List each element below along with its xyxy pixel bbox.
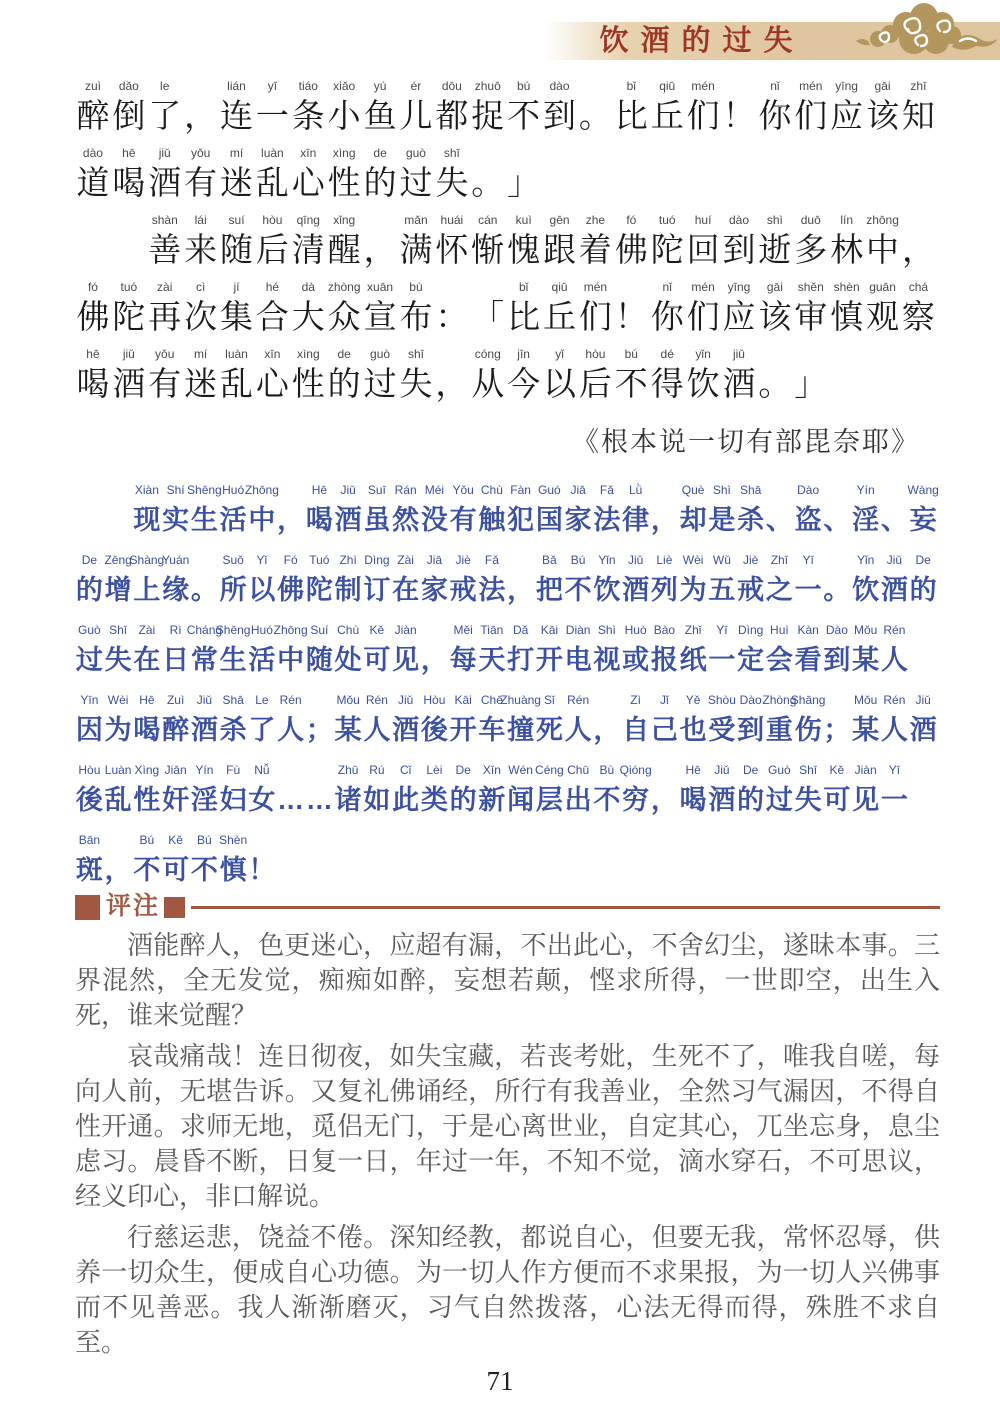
ruby-cell: Chù触 bbox=[478, 481, 507, 541]
ruby-cell: Kě可 bbox=[363, 621, 392, 681]
ruby-cell: hòu后 bbox=[577, 346, 613, 408]
ruby-cell: Shī失 bbox=[104, 621, 133, 681]
ruby-cell: dǎo倒 bbox=[111, 78, 147, 140]
ruby-cell: jīn今 bbox=[506, 346, 542, 408]
ruby-cell: 。 bbox=[190, 551, 219, 611]
ruby-cell: Jiǔ酒 bbox=[909, 691, 938, 751]
ruby-cell: 。 bbox=[577, 78, 613, 140]
ruby-cell: Tiān天 bbox=[478, 621, 507, 681]
ruby-cell: qiū丘 bbox=[649, 78, 685, 140]
ruby-cell: ， bbox=[362, 212, 398, 274]
ruby-cell: Hòu後 bbox=[420, 691, 449, 751]
ruby-cell: Shī失 bbox=[794, 761, 823, 821]
ruby-line: dào道hē喝jiǔ酒yǒu有mí迷luàn乱xīn心xìng性de的guò过s… bbox=[75, 145, 938, 207]
ruby-cell: xuān宣 bbox=[362, 279, 398, 341]
ruby-cell: Cháng常 bbox=[190, 621, 219, 681]
ruby-line: Xiàn现Shí实Shēng生Huó活Zhōng中 ，Hē喝Jiǔ酒Suī虽Rá… bbox=[75, 481, 938, 541]
commentary-paragraph: 哀哉痛哉！连日彻夜，如失宝藏，若丧考妣，生死不了，唯我自嗟，每向人前，无堪告诉。… bbox=[75, 1039, 940, 1214]
ruby-cell: ！ bbox=[721, 78, 757, 140]
ruby-cell: Jiā家 bbox=[564, 481, 593, 541]
ruby-cell: shī失 bbox=[398, 346, 434, 408]
page-number: 71 bbox=[0, 1366, 1000, 1397]
ruby-cell: Jiān奸 bbox=[161, 761, 190, 821]
ruby-cell: Yǐ以 bbox=[248, 551, 277, 611]
ruby-cell: yǐn饮 bbox=[685, 346, 721, 408]
ruby-cell: yǒu有 bbox=[183, 145, 219, 207]
ruby-line: zuì醉dǎo倒le了 ，lián连yī一tiáo条xiǎo小yú鱼ér儿dōu… bbox=[75, 78, 938, 140]
ruby-cell: Huó活 bbox=[248, 621, 277, 681]
ruby-cell: lái来 bbox=[183, 212, 219, 274]
ruby-cell: xiǎo小 bbox=[326, 78, 362, 140]
ruby-cell: tuó陀 bbox=[111, 279, 147, 341]
ruby-cell: gāi该 bbox=[757, 279, 793, 341]
ruby-cell: Dào到 bbox=[823, 621, 852, 681]
ruby-cell: Fǎ法 bbox=[593, 481, 622, 541]
book-page: { "colors": { "title_red": "#9c3524", "b… bbox=[0, 0, 1000, 1417]
ruby-cell: Rén人 bbox=[564, 691, 593, 751]
ruby-cell: ， bbox=[901, 212, 937, 274]
ruby-cell: xīn心 bbox=[290, 145, 326, 207]
ruby-cell: 。 bbox=[470, 145, 506, 207]
ruby-cell: cán惭 bbox=[470, 212, 506, 274]
ruby-cell: Bú不 bbox=[190, 831, 219, 891]
ruby-cell: Hē喝 bbox=[305, 481, 334, 541]
ruby-cell: Yī一 bbox=[794, 551, 823, 611]
ruby-cell: Dào到 bbox=[736, 691, 765, 751]
ruby-cell: hé合 bbox=[254, 279, 290, 341]
ruby-cell: tiáo条 bbox=[290, 78, 326, 140]
ruby-cell: huí回 bbox=[685, 212, 721, 274]
ruby-cell: dé得 bbox=[649, 346, 685, 408]
ruby-cell: chá察 bbox=[900, 279, 936, 341]
ruby-cell: Wèi为 bbox=[104, 691, 133, 751]
ruby-cell: yīng应 bbox=[829, 78, 865, 140]
ruby-cell: guò过 bbox=[362, 346, 398, 408]
ruby-cell: dào到 bbox=[542, 78, 578, 140]
ruby-cell: ， bbox=[506, 551, 535, 611]
ruby-cell: mí迷 bbox=[219, 145, 255, 207]
ruby-cell: jiǔ酒 bbox=[111, 346, 147, 408]
ruby-cell: shèn慎 bbox=[829, 279, 865, 341]
ruby-cell: De的 bbox=[75, 551, 104, 611]
ruby-line: fó佛tuó陀zài再cì次jí集hé合dà大zhòng众xuān宣bù布 ： … bbox=[75, 279, 938, 341]
ruby-cell: hē喝 bbox=[111, 145, 147, 207]
ruby-cell: Dào盗 bbox=[794, 481, 823, 541]
ruby-cell: Lèi类 bbox=[420, 761, 449, 821]
ruby-cell: ， bbox=[183, 78, 219, 140]
ruby-cell: Dìng定 bbox=[736, 621, 765, 681]
ruby-cell: hē喝 bbox=[75, 346, 111, 408]
ruby-cell: … bbox=[305, 761, 334, 821]
ruby-line: Bān斑 ，Bú不Kě可Bú不Shèn慎 ！ bbox=[75, 831, 938, 891]
ruby-cell: Rén人 bbox=[276, 691, 305, 751]
ruby-cell: Jiǔ酒 bbox=[708, 761, 737, 821]
ruby-cell: Bào报 bbox=[650, 621, 679, 681]
section-rule bbox=[191, 906, 940, 909]
ruby-cell: duō多 bbox=[793, 212, 829, 274]
ruby-cell: de的 bbox=[326, 346, 362, 408]
scripture-citation: 《根本说一切有部毘奈耶》 bbox=[75, 420, 938, 459]
ruby-cell: Shí实 bbox=[161, 481, 190, 541]
ruby-cell: Suī虽 bbox=[363, 481, 392, 541]
ruby-cell: hòu后 bbox=[254, 212, 290, 274]
ruby-cell: Jiàn见 bbox=[851, 761, 880, 821]
commentary-header: 评注 bbox=[75, 893, 940, 921]
auspicious-cloud-icon bbox=[848, 1, 1000, 65]
ruby-cell: Yín淫 bbox=[190, 761, 219, 821]
ruby-cell: guò过 bbox=[398, 145, 434, 207]
commentary-body: 酒能醉人，色更迷心，应超有漏，不出此心，不舍幻尘，遂昧本事。三界混然，全无发觉，… bbox=[75, 928, 940, 1366]
ruby-cell: Shā杀 bbox=[219, 691, 248, 751]
ruby-cell: shì逝 bbox=[757, 212, 793, 274]
ruby-cell: 」 bbox=[793, 346, 829, 408]
section-square-icon bbox=[75, 895, 100, 920]
ruby-cell: 。 bbox=[823, 551, 852, 611]
ruby-cell: yǐ以 bbox=[542, 346, 578, 408]
ruby-cell: Yīn因 bbox=[75, 691, 104, 751]
ruby-cell: mén们 bbox=[685, 78, 721, 140]
ruby-cell: gāi该 bbox=[865, 78, 901, 140]
ruby-cell: Liè列 bbox=[650, 551, 679, 611]
ruby-cell: Yī一 bbox=[708, 621, 737, 681]
ruby-cell: nǐ你 bbox=[649, 279, 685, 341]
ruby-cell: zuì醉 bbox=[75, 78, 111, 140]
ruby-cell: Bú不 bbox=[133, 831, 162, 891]
ruby-cell: Yī一 bbox=[880, 761, 909, 821]
ruby-cell: Kě可 bbox=[161, 831, 190, 891]
ruby-cell: Kàn看 bbox=[794, 621, 823, 681]
ruby-cell: Shàng上 bbox=[133, 551, 162, 611]
ruby-cell: De的 bbox=[736, 761, 765, 821]
ruby-cell: … bbox=[276, 761, 305, 821]
ruby-cell: Wén闻 bbox=[506, 761, 535, 821]
ruby-cell: dōu都 bbox=[434, 78, 470, 140]
ruby-cell: fó佛 bbox=[75, 279, 111, 341]
ruby-cell: cóng从 bbox=[470, 346, 506, 408]
ruby-cell: De的 bbox=[909, 551, 938, 611]
ruby-cell: Rì日 bbox=[161, 621, 190, 681]
ruby-cell: Rán然 bbox=[391, 481, 420, 541]
ruby-cell: 「 bbox=[470, 279, 506, 341]
ruby-cell: zhōng中 bbox=[865, 212, 901, 274]
ruby-cell: Mǒu某 bbox=[851, 621, 880, 681]
ruby-cell: jiǔ酒 bbox=[147, 145, 183, 207]
ruby-cell: ， bbox=[650, 481, 679, 541]
ruby-cell: zhuō捉 bbox=[470, 78, 506, 140]
ruby-cell: Qióng穷 bbox=[621, 761, 650, 821]
ruby-cell: Sǐ死 bbox=[535, 691, 564, 751]
ruby-cell: Zài在 bbox=[133, 621, 162, 681]
ruby-cell: Fàn犯 bbox=[506, 481, 535, 541]
ruby-cell: yú鱼 bbox=[362, 78, 398, 140]
ruby-cell: Zhuàng撞 bbox=[506, 691, 535, 751]
ruby-cell: yīng应 bbox=[721, 279, 757, 341]
ruby-cell: Chū出 bbox=[564, 761, 593, 821]
ruby-cell: 、 bbox=[823, 481, 852, 541]
ruby-line: Guò过Shī失Zài在Rì日Cháng常Shēng生Huó活Zhōng中Suí… bbox=[75, 621, 938, 681]
ruby-cell: Jiā家 bbox=[420, 551, 449, 611]
ruby-cell: Méi没 bbox=[420, 481, 449, 541]
ruby-cell: dào道 bbox=[75, 145, 111, 207]
ruby-cell: cì次 bbox=[183, 279, 219, 341]
ruby-cell: Yuán缘 bbox=[161, 551, 190, 611]
ruby-cell: Zēng增 bbox=[104, 551, 133, 611]
ruby-cell: Bú不 bbox=[564, 551, 593, 611]
commentary-label: 评注 bbox=[106, 893, 160, 921]
ruby-cell: bǐ比 bbox=[506, 279, 542, 341]
ruby-cell: Guò过 bbox=[765, 761, 794, 821]
ruby-cell: zài再 bbox=[147, 279, 183, 341]
ruby-cell: qiū丘 bbox=[542, 279, 578, 341]
ruby-cell: Shēng生 bbox=[190, 481, 219, 541]
ruby-cell: Hē喝 bbox=[133, 691, 162, 751]
ruby-cell: ！ bbox=[248, 831, 277, 891]
ruby-cell: jí集 bbox=[219, 279, 255, 341]
ruby-cell: Hòu後 bbox=[75, 761, 104, 821]
ruby-cell: Rén人 bbox=[363, 691, 392, 751]
ruby-cell: kuì愧 bbox=[506, 212, 542, 274]
ruby-cell: Dìng订 bbox=[363, 551, 392, 611]
ruby-cell: Suǒ所 bbox=[219, 551, 248, 611]
ruby-cell: shī失 bbox=[434, 145, 470, 207]
ruby-cell: yǒu有 bbox=[147, 346, 183, 408]
ruby-cell: le了 bbox=[147, 78, 183, 140]
ruby-cell: lín林 bbox=[829, 212, 865, 274]
ruby-cell: Fó佛 bbox=[276, 551, 305, 611]
ruby-cell: qīng清 bbox=[290, 212, 326, 274]
ruby-cell: Yǐn饮 bbox=[593, 551, 622, 611]
ruby-cell: Wàng妄 bbox=[909, 481, 938, 541]
ruby-cell: Shì是 bbox=[708, 481, 737, 541]
ruby-cell: luàn乱 bbox=[254, 145, 290, 207]
ruby-cell: Guò过 bbox=[75, 621, 104, 681]
ruby-line: Hòu後Luàn乱Xìng性Jiān奸Yín淫Fù妇Nǚ女 … …Zhū诸Rú如… bbox=[75, 761, 938, 821]
ruby-cell: Huì会 bbox=[765, 621, 794, 681]
ruby-cell: Jiǔ酒 bbox=[391, 691, 420, 751]
ruby-cell: fó佛 bbox=[613, 212, 649, 274]
ruby-cell: Fù妇 bbox=[219, 761, 248, 821]
ruby-cell: Zhī之 bbox=[765, 551, 794, 611]
ruby-cell: ！ bbox=[613, 279, 649, 341]
ruby-cell: de的 bbox=[362, 145, 398, 207]
ruby-cell: Céng层 bbox=[535, 761, 564, 821]
ruby-cell: Kě可 bbox=[823, 761, 852, 821]
ruby-cell: Jiàn见 bbox=[391, 621, 420, 681]
ruby-cell: Rú如 bbox=[363, 761, 392, 821]
ruby-cell: ， bbox=[593, 691, 622, 751]
section-square-icon bbox=[164, 897, 185, 918]
ruby-line: shàn善lái来suí随hòu后qīng清xǐng醒 ，mǎn满huái怀cá… bbox=[75, 212, 938, 274]
ruby-cell: zhòng众 bbox=[326, 279, 362, 341]
ruby-cell: dà大 bbox=[290, 279, 326, 341]
ruby-line: Yīn因Wèi为Hē喝Zuì醉Jiǔ酒Shā杀Le了Rén人 ；Mǒu某Rén人… bbox=[75, 691, 938, 751]
ruby-cell: Rén人 bbox=[880, 691, 909, 751]
ruby-cell: Diàn电 bbox=[564, 621, 593, 681]
ruby-cell: tuó陀 bbox=[649, 212, 685, 274]
ruby-cell: suí随 bbox=[219, 212, 255, 274]
scripture-paragraph-1: zuì醉dǎo倒le了 ，lián连yī一tiáo条xiǎo小yú鱼ér儿dōu… bbox=[75, 78, 938, 212]
ruby-cell: Bān斑 bbox=[75, 831, 104, 891]
ruby-cell: Jiǔ酒 bbox=[621, 551, 650, 611]
ruby-cell: Huò或 bbox=[621, 621, 650, 681]
ruby-cell: Yín淫 bbox=[851, 481, 880, 541]
ruby-cell: Zhū诸 bbox=[334, 761, 363, 821]
ruby-cell: De的 bbox=[449, 761, 478, 821]
ruby-cell: bú不 bbox=[506, 78, 542, 140]
ruby-cell: nǐ你 bbox=[757, 78, 793, 140]
ruby-cell: Jiè戒 bbox=[449, 551, 478, 611]
ruby-cell: Kāi开 bbox=[449, 691, 478, 751]
ruby-cell: ； bbox=[823, 691, 852, 751]
ruby-cell: zhī知 bbox=[900, 78, 936, 140]
ruby-cell: ： bbox=[434, 279, 470, 341]
ruby-cell: Shā杀 bbox=[736, 481, 765, 541]
ruby-cell: huái怀 bbox=[434, 212, 470, 274]
ruby-cell: dào到 bbox=[721, 212, 757, 274]
ruby-cell: xìng性 bbox=[326, 145, 362, 207]
ruby-cell: zhe着 bbox=[577, 212, 613, 274]
ruby-cell: Měi每 bbox=[449, 621, 478, 681]
ruby-cell: Huó活 bbox=[219, 481, 248, 541]
ruby-cell: Shòu受 bbox=[708, 691, 737, 751]
ruby-cell: Jiǔ酒 bbox=[880, 551, 909, 611]
ruby-cell: Bǎ把 bbox=[535, 551, 564, 611]
ruby-cell: Zì自 bbox=[621, 691, 650, 751]
ruby-cell: Què却 bbox=[679, 481, 708, 541]
ruby-cell: Shì视 bbox=[593, 621, 622, 681]
ruby-cell: 。 bbox=[757, 346, 793, 408]
ruby-cell: bǐ比 bbox=[613, 78, 649, 140]
ruby-cell: Luàn乱 bbox=[104, 761, 133, 821]
ruby-cell: Suí随 bbox=[305, 621, 334, 681]
ruby-cell: Zhì制 bbox=[334, 551, 363, 611]
ruby-cell: ， bbox=[104, 831, 133, 891]
ruby-cell: mén们 bbox=[793, 78, 829, 140]
ruby-cell: ， bbox=[420, 621, 449, 681]
ruby-cell: bú不 bbox=[613, 346, 649, 408]
ruby-cell: 、 bbox=[880, 481, 909, 541]
ruby-cell: Dǎ打 bbox=[506, 621, 535, 681]
ruby-cell: Mǒu某 bbox=[851, 691, 880, 751]
ruby-cell: Cǐ此 bbox=[391, 761, 420, 821]
ruby-cell: ， bbox=[650, 761, 679, 821]
ruby-cell: Jiè戒 bbox=[736, 551, 765, 611]
ruby-cell: Xiàn现 bbox=[133, 481, 162, 541]
ruby-cell: Le了 bbox=[248, 691, 277, 751]
ruby-cell: Rén人 bbox=[880, 621, 909, 681]
commentary-paragraph: 行慈运悲，饶益不倦。深知经教，都说自心，但要无我，常怀忍辱，供养一切众生，便成自… bbox=[75, 1220, 940, 1360]
ruby-cell: Xìng性 bbox=[133, 761, 162, 821]
ruby-cell: bù布 bbox=[398, 279, 434, 341]
ruby-cell: Mǒu某 bbox=[334, 691, 363, 751]
ruby-cell: Xīn新 bbox=[478, 761, 507, 821]
ruby-cell: Hē喝 bbox=[679, 761, 708, 821]
ruby-cell: shěn审 bbox=[793, 279, 829, 341]
page-title: 饮酒的过失 bbox=[552, 22, 852, 60]
ruby-cell: mén们 bbox=[685, 279, 721, 341]
ruby-cell: Yě也 bbox=[679, 691, 708, 751]
ruby-cell: Kāi开 bbox=[535, 621, 564, 681]
ruby-cell: luàn乱 bbox=[219, 346, 255, 408]
ruby-cell: Zhōng中 bbox=[276, 621, 305, 681]
ruby-cell: Shēng生 bbox=[219, 621, 248, 681]
ruby-cell: 、 bbox=[765, 481, 794, 541]
ruby-cell: Yǐn饮 bbox=[851, 551, 880, 611]
ruby-cell: Chù处 bbox=[334, 621, 363, 681]
ruby-cell: gēn跟 bbox=[542, 212, 578, 274]
ruby-cell: mén们 bbox=[577, 279, 613, 341]
ruby-cell: Wèi为 bbox=[679, 551, 708, 611]
ruby-cell: Zuì醉 bbox=[161, 691, 190, 751]
ruby-cell: Wǔ五 bbox=[708, 551, 737, 611]
ruby-cell: ér儿 bbox=[398, 78, 434, 140]
ruby-cell: ， bbox=[434, 346, 470, 408]
ruby-cell: Fǎ法 bbox=[478, 551, 507, 611]
ruby-cell: Zhōng中 bbox=[248, 481, 277, 541]
ruby-cell: Zhǐ纸 bbox=[679, 621, 708, 681]
ruby-cell: Tuó陀 bbox=[305, 551, 334, 611]
ruby-cell: mǎn满 bbox=[398, 212, 434, 274]
ruby-cell: xīn心 bbox=[254, 346, 290, 408]
ruby-cell: Nǚ女 bbox=[248, 761, 277, 821]
ruby-cell: Jǐ己 bbox=[650, 691, 679, 751]
ruby-cell: mí迷 bbox=[183, 346, 219, 408]
ruby-cell: ， bbox=[276, 481, 305, 541]
ruby-cell: 」 bbox=[506, 145, 542, 207]
ruby-cell: xǐng醒 bbox=[326, 212, 362, 274]
ruby-cell: ； bbox=[305, 691, 334, 751]
scripture-paragraph-2: shàn善lái来suí随hòu后qīng清xǐng醒 ，mǎn满huái怀cá… bbox=[75, 212, 938, 413]
ruby-cell: jiǔ酒 bbox=[721, 346, 757, 408]
ruby-cell: xìng性 bbox=[290, 346, 326, 408]
ruby-cell: Bù不 bbox=[593, 761, 622, 821]
ruby-cell: Yǒu有 bbox=[449, 481, 478, 541]
ruby-cell: Shāng伤 bbox=[794, 691, 823, 751]
ruby-cell: guān观 bbox=[865, 279, 901, 341]
ruby-cell: Shèn慎 bbox=[219, 831, 248, 891]
ruby-cell: Guó国 bbox=[535, 481, 564, 541]
ruby-cell: lián连 bbox=[219, 78, 255, 140]
ruby-cell: Lǜ律 bbox=[621, 481, 650, 541]
ruby-line: hē喝jiǔ酒yǒu有mí迷luàn乱xīn心xìng性de的guò过shī失 … bbox=[75, 346, 938, 408]
ruby-cell: Jiǔ酒 bbox=[334, 481, 363, 541]
ruby-cell: Zhòng重 bbox=[765, 691, 794, 751]
ruby-cell: yī一 bbox=[254, 78, 290, 140]
modern-text-section: Xiàn现Shí实Shēng生Huó活Zhōng中 ，Hē喝Jiǔ酒Suī虽Rá… bbox=[75, 481, 938, 901]
ruby-cell: shàn善 bbox=[147, 212, 183, 274]
ruby-cell: Zài在 bbox=[391, 551, 420, 611]
ruby-line: De的Zēng增Shàng上Yuán缘 。Suǒ所Yǐ以Fó佛Tuó陀Zhì制D… bbox=[75, 551, 938, 611]
commentary-paragraph: 酒能醉人，色更迷心，应超有漏，不出此心，不舍幻尘，遂昧本事。三界混然，全无发觉，… bbox=[75, 928, 940, 1033]
ruby-cell: Jiǔ酒 bbox=[190, 691, 219, 751]
